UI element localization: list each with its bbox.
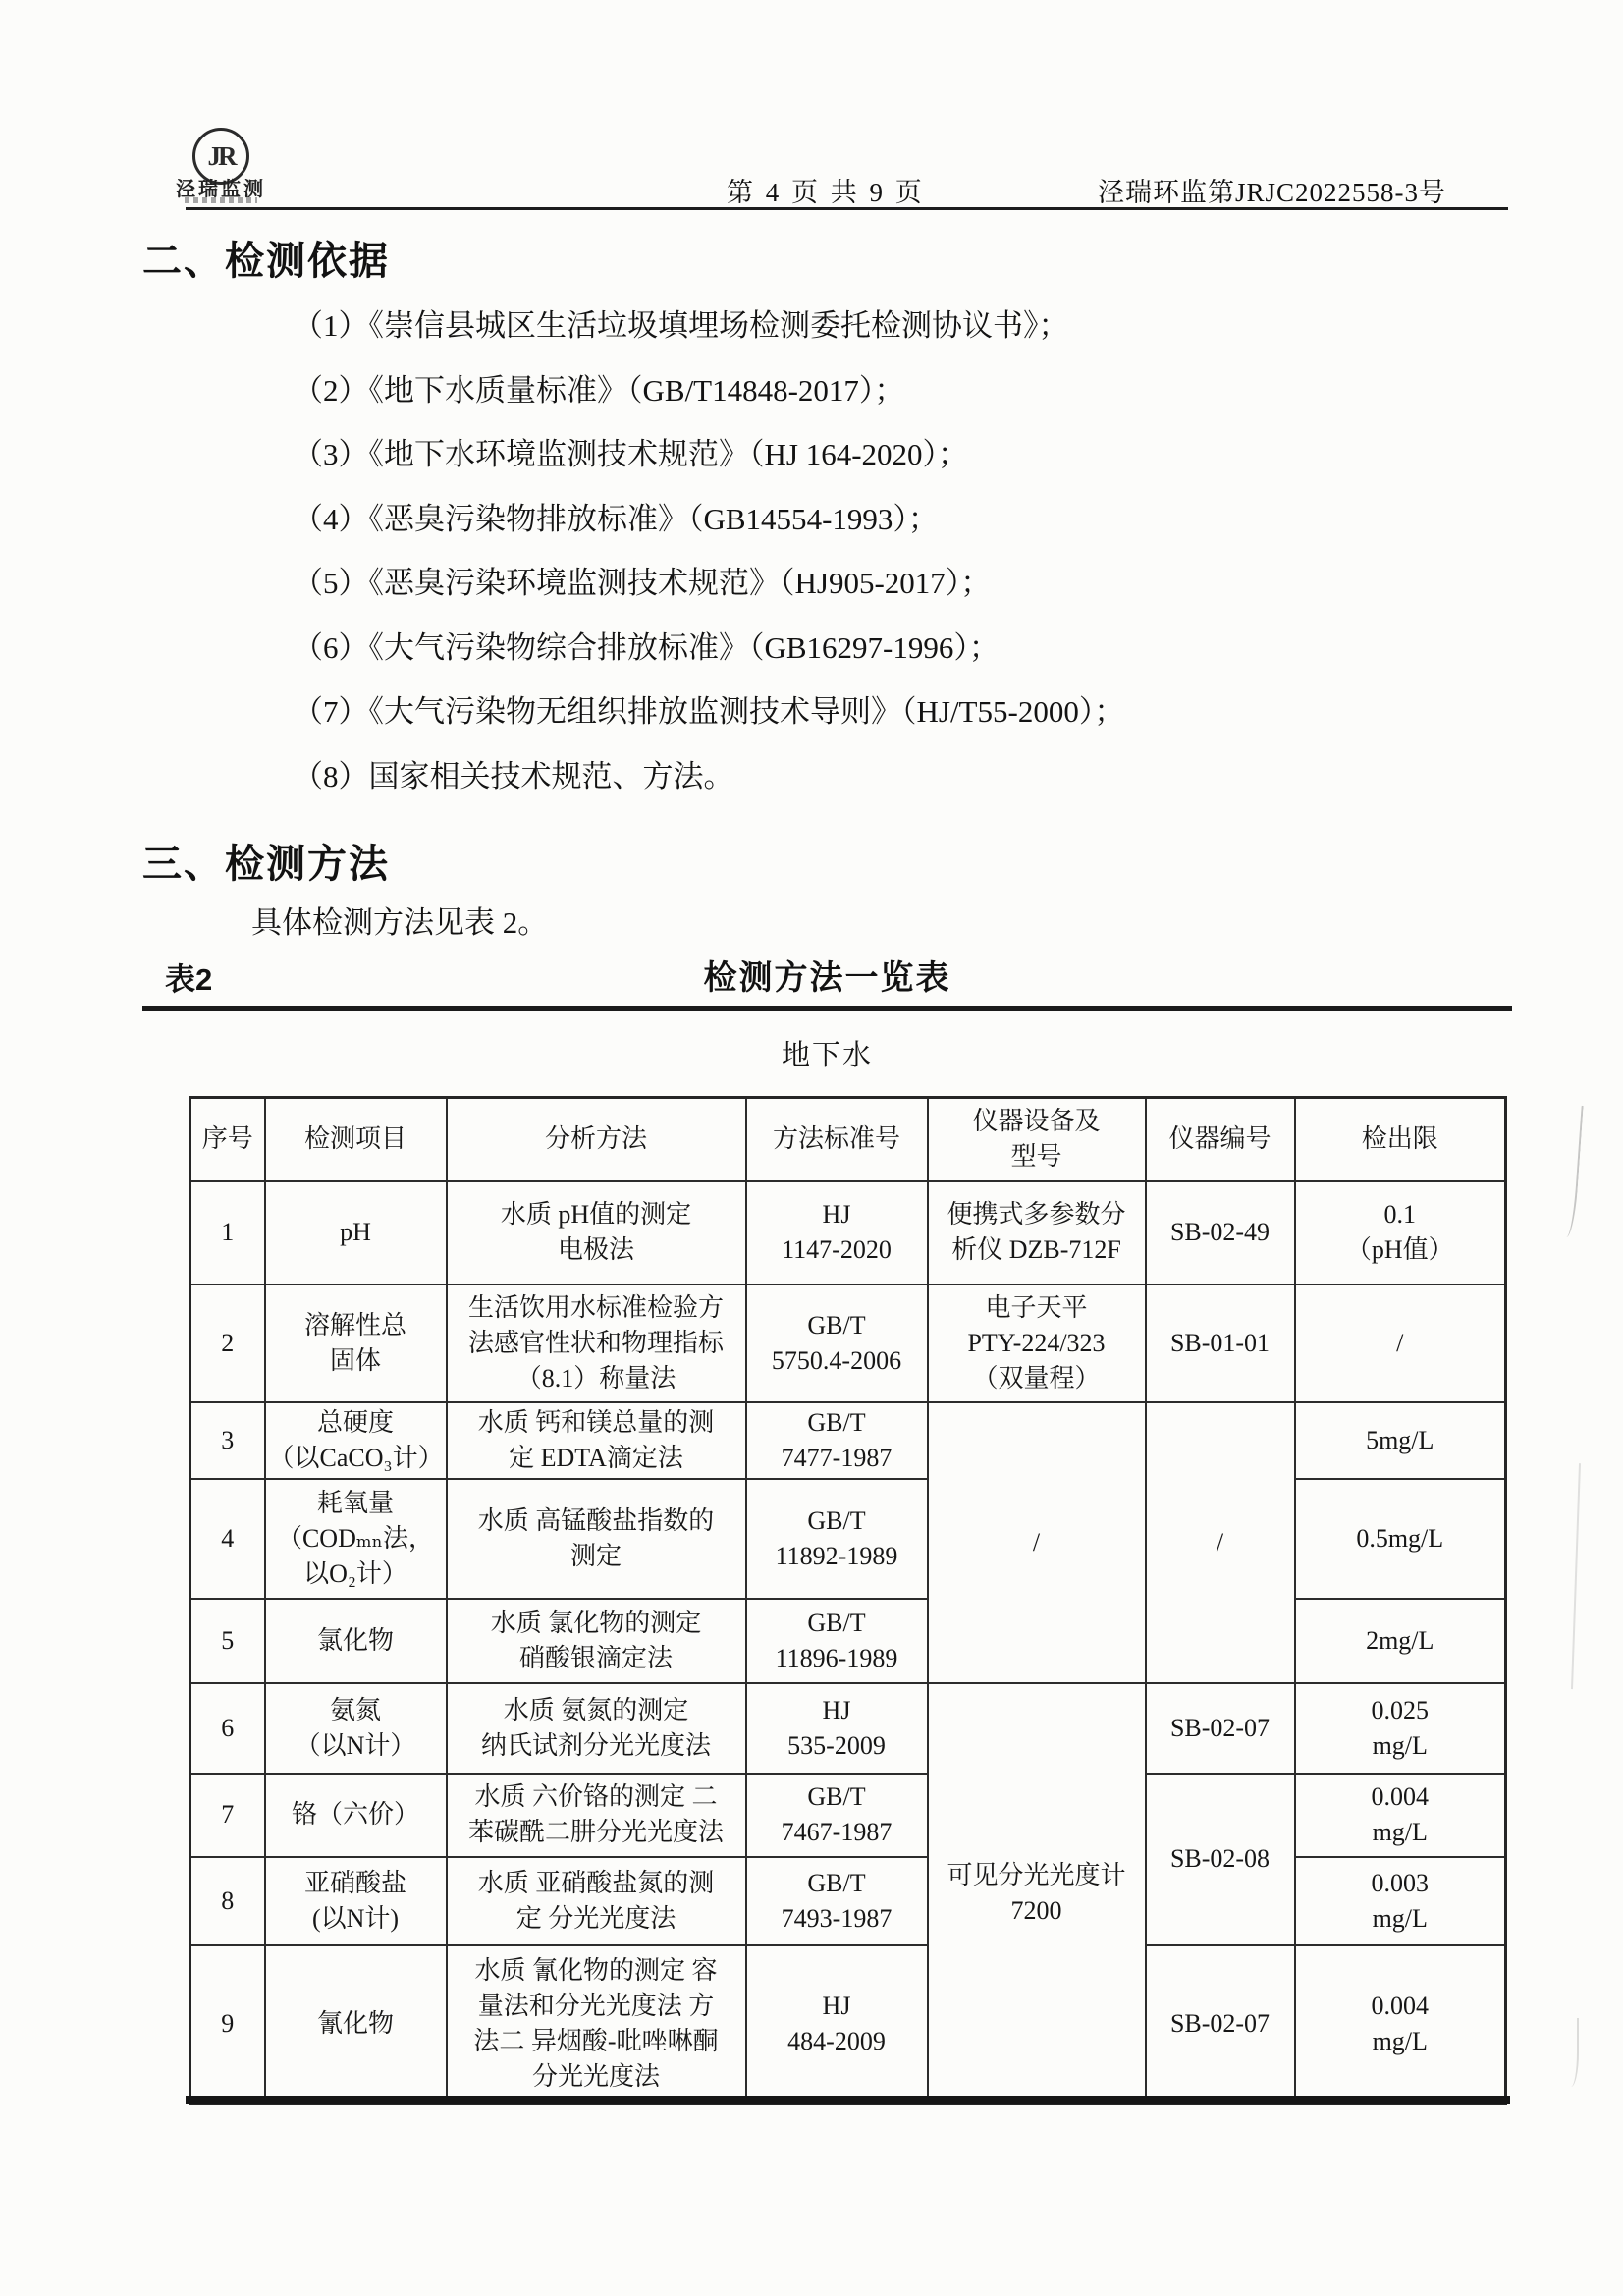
table-row: 6 氨氮 （以N计） 水质 氨氮的测定 纳氏试剂分光光度法 HJ 535-200… [190,1683,1506,1774]
col-header-item: 检测项目 [265,1098,447,1181]
cell-standard: HJ 1147-2020 [746,1181,928,1285]
col-header-method: 分析方法 [447,1098,746,1181]
table-row: 5 氯化物 水质 氯化物的测定 硝酸银滴定法 GB/T 11896-1989 2… [190,1599,1506,1683]
col-header-no: 序号 [190,1098,265,1181]
cell-limit: 2mg/L [1295,1599,1506,1683]
cell-item: 耗氧量 （CODₘₙ法， 以O₂计） [265,1479,447,1599]
cell-item: 总硬度 （以CaCO₃计） [265,1402,447,1479]
table-row: 7 铬（六价） 水质 六价铬的测定 二 苯碳酰二肼分光光度法 GB/T 7467… [190,1774,1506,1857]
basis-item-3: （3）《地下水环境监测技术规范》（HJ 164-2020）； [293,422,1510,487]
cell-item: pH [265,1181,447,1285]
cell-standard: GB/T 7477-1987 [746,1402,928,1479]
scan-artifact [1554,1104,1583,1237]
logo-monogram: JR [208,141,235,172]
cell-no: 4 [190,1479,265,1599]
section-title-basis: 二、检测依据 [142,230,390,286]
cell-instrument-id: SB-02-07 [1146,1683,1295,1774]
cell-instrument-merged: / [928,1402,1146,1683]
cell-item: 铬（六价） [265,1774,447,1857]
cell-instrument: 便携式多参数分 析仪 DZB-712F [928,1181,1146,1285]
basis-item-2: （2）《地下水质量标准》（GB/T14848-2017）； [293,358,1510,423]
basis-item-1: （1）《崇信县城区生活垃圾填埋场检测委托检测协议书》； [293,294,1510,358]
cell-no: 7 [190,1774,265,1857]
cell-limit: / [1295,1285,1506,1402]
page-indicator: 第 4 页 共 9 页 [727,171,925,209]
table-row: 2 溶解性总 固体 生活饮用水标准检验方 法感官性状和物理指标 （8.1）称量法… [190,1285,1506,1402]
cell-instrument-id-merged: / [1146,1402,1295,1683]
cell-limit: 0.003 mg/L [1295,1857,1506,1945]
cell-instrument-id: SB-02-07 [1146,1945,1295,2105]
basis-item-5: （5）《恶臭污染环境监测技术规范》（HJ905-2017）； [293,551,1510,616]
cell-item: 亚硝酸盐 (以N计) [265,1857,447,1945]
cell-limit: 0.004 mg/L [1295,1945,1506,2105]
table2-bottom-rule [186,2096,1510,2104]
cell-standard: HJ 535-2009 [746,1683,928,1774]
col-header-instrument: 仪器设备及 型号 [928,1098,1146,1181]
cell-method: 生活饮用水标准检验方 法感官性状和物理指标 （8.1）称量法 [447,1285,746,1402]
cell-instrument-id-merged: SB-02-08 [1146,1774,1295,1945]
basis-list: （1）《崇信县城区生活垃圾填埋场检测委托检测协议书》； （2）《地下水质量标准》… [293,294,1510,808]
cell-standard: GB/T 11892-1989 [746,1479,928,1599]
cell-item: 氨氮 （以N计） [265,1683,447,1774]
cell-method: 水质 亚硝酸盐氮的测 定 分光光度法 [447,1857,746,1945]
cell-limit: 0.004 mg/L [1295,1774,1506,1857]
table2-label: 表2 [165,955,212,999]
report-page: JR 泾瑞监测 第 4 页 共 9 页 泾瑞环监第JRJC2022558-3号 … [0,0,1623,2296]
col-header-instrument-id: 仪器编号 [1146,1098,1295,1181]
cell-standard: GB/T 7467-1987 [746,1774,928,1857]
scan-artifact [1563,2018,1579,2087]
table-row: 9 氰化物 水质 氰化物的测定 容 量法和分光光度法 方 法二 异烟酸-吡唑啉酮… [190,1945,1506,2105]
cell-item: 溶解性总 固体 [265,1285,447,1402]
methods-intro: 具体检测方法见表 2。 [251,898,548,942]
cell-method: 水质 pH值的测定 电极法 [447,1181,746,1285]
cell-method: 水质 六价铬的测定 二 苯碳酰二肼分光光度法 [447,1774,746,1857]
cell-method: 水质 氰化物的测定 容 量法和分光光度法 方 法二 异烟酸-吡唑啉酮 分光光度法 [447,1945,746,2105]
table-row: 3 总硬度 （以CaCO₃计） 水质 钙和镁总量的测 定 EDTA滴定法 GB/… [190,1402,1506,1479]
cell-no: 9 [190,1945,265,2105]
cell-method: 水质 氨氮的测定 纳氏试剂分光光度法 [447,1683,746,1774]
cell-limit: 0.1 （pH值） [1295,1181,1506,1285]
cell-limit: 5mg/L [1295,1402,1506,1479]
table-row: 4 耗氧量 （CODₘₙ法， 以O₂计） 水质 高锰酸盐指数的 测定 GB/T … [190,1479,1506,1599]
table-row: 1 pH 水质 pH值的测定 电极法 HJ 1147-2020 便携式多参数分 … [190,1181,1506,1285]
cell-method: 水质 氯化物的测定 硝酸银滴定法 [447,1599,746,1683]
cell-item: 氯化物 [265,1599,447,1683]
cell-no: 5 [190,1599,265,1683]
table2-subtitle-groundwater: 地下水 [142,1033,1512,1073]
table-header-row: 序号 检测项目 分析方法 方法标准号 仪器设备及 型号 仪器编号 检出限 [190,1098,1506,1181]
cell-limit: 0.025 mg/L [1295,1683,1506,1774]
cell-no: 3 [190,1402,265,1479]
cell-instrument-id: SB-02-49 [1146,1181,1295,1285]
logo-subtext-smudge [185,197,257,203]
table-row: 8 亚硝酸盐 (以N计) 水质 亚硝酸盐氮的测 定 分光光度法 GB/T 749… [190,1857,1506,1945]
basis-item-8: （8）国家相关技术规范、方法。 [293,744,1510,809]
basis-item-7: （7）《大气污染物无组织排放监测技术导则》（HJ/T55-2000）； [293,680,1510,744]
cell-no: 2 [190,1285,265,1402]
cell-item: 氰化物 [265,1945,447,2105]
cell-no: 1 [190,1181,265,1285]
table2-top-rule [142,1006,1512,1011]
cell-no: 6 [190,1683,265,1774]
basis-item-6: （6）《大气污染物综合排放标准》（GB16297-1996）； [293,616,1510,681]
cell-standard: HJ 484-2009 [746,1945,928,2105]
methods-table: 序号 检测项目 分析方法 方法标准号 仪器设备及 型号 仪器编号 检出限 1 p… [189,1096,1507,2105]
header-rule [186,207,1508,210]
scan-artifact [1563,1463,1581,1689]
section-title-methods: 三、检测方法 [142,833,390,889]
cell-limit: 0.5mg/L [1295,1479,1506,1599]
cell-method: 水质 高锰酸盐指数的 测定 [447,1479,746,1599]
cell-instrument: 电子天平 PTY-224/323 （双量程） [928,1285,1146,1402]
table2-wrapper: 序号 检测项目 分析方法 方法标准号 仪器设备及 型号 仪器编号 检出限 1 p… [189,1096,1507,2105]
cell-no: 8 [190,1857,265,1945]
col-header-limit: 检出限 [1295,1098,1506,1181]
table2-title: 检测方法一览表 [142,951,1512,999]
cell-standard: GB/T 5750.4-2006 [746,1285,928,1402]
document-number: 泾瑞环监第JRJC2022558-3号 [1098,171,1446,209]
cell-standard: GB/T 11896-1989 [746,1599,928,1683]
col-header-standard: 方法标准号 [746,1098,928,1181]
cell-standard: GB/T 7493-1987 [746,1857,928,1945]
cell-method: 水质 钙和镁总量的测 定 EDTA滴定法 [447,1402,746,1479]
cell-instrument-merged: 可见分光光度计 7200 [928,1683,1146,2105]
basis-item-4: （4）《恶臭污染物排放标准》（GB14554-1993）； [293,487,1510,552]
cell-instrument-id: SB-01-01 [1146,1285,1295,1402]
